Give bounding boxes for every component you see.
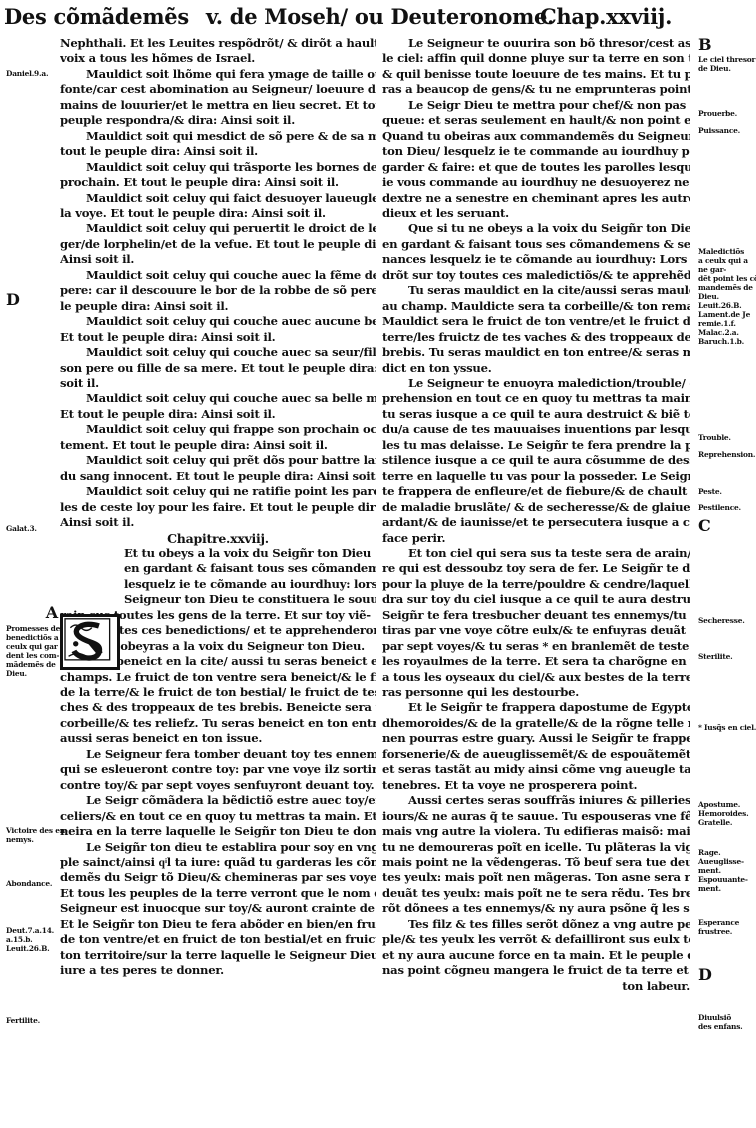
text-line: tiras par vne voye cõtre eulx/& te enfuy…	[382, 623, 690, 638]
margin-note-line: Dieu.	[6, 669, 58, 678]
text-line: ger/de lorphelin/et de la vefue. Et tout…	[60, 237, 376, 252]
text-line: ras a beaucop de gens/& tu ne empruntera…	[382, 82, 690, 97]
margin-note-line: Puissance.	[698, 126, 754, 135]
margin-note-line: A	[6, 604, 58, 622]
margin-note: Deut.7.a.14.a.15.b.Leuit.26.B.	[6, 926, 58, 953]
margin-note-line: Leuit.26.B.	[698, 301, 754, 310]
text-line: contre toy/& par sept voyes senfuyront d…	[60, 778, 376, 793]
text-line: mains de louurier/et le mettra en lieu s…	[60, 98, 376, 113]
margin-note-line: Espouuante-	[698, 875, 754, 884]
margin-note: Le ciel thresorde Dieu.	[698, 55, 754, 73]
margin-note-line: Victoire des en-	[6, 826, 58, 835]
text-line: Mauldict soit celuy qui trãsporte les bo…	[60, 160, 376, 175]
margin-note: Abondance.	[6, 879, 58, 888]
margin-note-line: Secheresse.	[698, 616, 754, 625]
margin-note-line: ne gar-	[698, 265, 754, 274]
text-line: rõt dõnees a tes ennemys/& ny aura psõne…	[382, 901, 690, 916]
text-line: Le Seigr Dieu te mettra pour chef/& non …	[382, 98, 690, 113]
margin-note-line: B	[698, 36, 754, 54]
text-line: Et le Seigñr ton Dieu te fera abõder en …	[60, 917, 376, 932]
margin-note: Trouble.	[698, 433, 754, 442]
text-line: Mauldict soit celuy qui ne ratifie point…	[60, 484, 376, 499]
margin-note: Maledictiõsa ceulx qui ane gar-dẽt point…	[698, 247, 754, 346]
margin-note-line: nemys.	[6, 835, 58, 844]
margin-note-line: Leuit.26.B.	[6, 944, 58, 953]
text-line: Mauldict soit qui mesdict de sõ pere & d…	[60, 129, 376, 144]
margin-note-line: mandemẽs de	[698, 283, 754, 292]
text-line: et seras tastãt au midy ainsi cõme vng a…	[382, 762, 690, 777]
margin-note-line: D	[6, 291, 58, 309]
text-line: au champ. Mauldicte sera ta corbeille/& …	[382, 299, 690, 314]
text-line: Le Seigneur te enuoyra malediction/troub…	[382, 376, 690, 391]
margin-note: Diuulsiõdes enfans.	[698, 1013, 754, 1031]
text-line: queue: et seras seulement en hault/& non…	[382, 113, 690, 128]
margin-note-line: Peste.	[698, 487, 754, 496]
margin-note: Daniel.9.a.	[6, 69, 58, 78]
margin-note-line: Pestilence.	[698, 503, 754, 512]
text-line: ple/& tes yeulx les verrõt & defailliron…	[382, 932, 690, 947]
text-line: en gardant & faisant tous ses cõmandemẽs	[60, 561, 376, 576]
text-line: terre/les fruictz de tes vaches & des tr…	[382, 330, 690, 345]
text-line: ton Dieu/ lesquelz ie te commande au iou…	[382, 144, 690, 159]
margin-note-line: Deut.7.a.14.	[6, 926, 58, 935]
book-page: Des cõmãdemẽs v. de Moseh/ ou Deuteronom…	[0, 0, 756, 1128]
text-line: ple sainct/ainsi qͥl ta iure: quãd tu ga…	[60, 855, 376, 870]
margin-note-line: Daniel.9.a.	[6, 69, 58, 78]
margin-note: Prouerbe.	[698, 109, 754, 118]
text-line: Et tout le peuple dira: Ainsi soit il.	[60, 330, 376, 345]
text-line: demẽs du Seigr tõ Dieu/& chemineras par …	[60, 870, 376, 885]
text-line: face perir.	[382, 531, 690, 546]
text-line: Et tous les peuples de la terre verront …	[60, 886, 376, 901]
text-line: Ainsi soit il.	[60, 252, 376, 267]
margin-note-line: dent les com-	[6, 651, 58, 660]
text-line: Le Seigneur te ouurira son bõ thresor/ce…	[382, 36, 690, 51]
text-line: & quil benisse toute loeuure de tes main…	[382, 67, 690, 82]
header-left: Des cõmãdemẽs	[4, 4, 189, 29]
text-line: corbeille/& tes reliefz. Tu seras beneic…	[60, 716, 376, 731]
margin-note: Secheresse.	[698, 616, 754, 625]
margin-note: Esperancefrustree.	[698, 918, 754, 936]
margin-note-line: Aueuglisse-	[698, 857, 754, 866]
margin-note-line: Promesses de	[6, 624, 58, 633]
text-line: le ciel: affin quil donne pluye sur ta t…	[382, 51, 690, 66]
header-right: Chap.xxviij.	[540, 4, 672, 29]
text-line: ardant/& de iaunisse/et te persecutera i…	[382, 515, 690, 530]
margin-note-line: * Iusq̃s en ciel.	[698, 723, 754, 732]
text-line: ie vous commande au iourdhuy ne desuoyer…	[382, 175, 690, 190]
text-line: tu ne demoureras poĩt en icelle. Tu plãt…	[382, 840, 690, 855]
text-line: les royaulmes de la terre. Et sera ta ch…	[382, 654, 690, 669]
margin-note: Victoire des en-nemys.	[6, 826, 58, 844]
running-header: Des cõmãdemẽs v. de Moseh/ ou Deuteronom…	[0, 4, 756, 34]
text-line: la voye. Et tout le peuple dira: Ainsi s…	[60, 206, 376, 221]
text-line: de la terre/& le fruict de ton bestial/ …	[60, 685, 376, 700]
margin-note: Pestilence.	[698, 503, 754, 512]
margin-note-line: Abondance.	[6, 879, 58, 888]
margin-note-line: Malac.2.a.	[698, 328, 754, 337]
text-line: Le Seigneur fera tomber deuant toy tes e…	[60, 747, 376, 762]
text-line: les de ceste loy pour les faire. Et tout…	[60, 500, 376, 515]
text-line: et ny aura aucune force en ta main. Et l…	[382, 948, 690, 963]
text-line: neira en la terre laquelle le Seigñr ton…	[60, 824, 376, 839]
text-line: Mauldict soit lhõme qui fera ymage de ta…	[60, 67, 376, 82]
text-line: nas point cõgneu mangera le fruict de ta…	[382, 963, 690, 978]
section-letter: B	[698, 36, 754, 54]
text-line: Et le Seigñr te frappera dapostume de Eg…	[382, 700, 690, 715]
margin-note-line: frustree.	[698, 927, 754, 936]
text-line: Ainsi soit il.	[60, 515, 376, 530]
margin-note-line: Baruch.1.b.	[698, 337, 754, 346]
margin-note: Promesses debenedictiõs aceulx qui garde…	[6, 624, 58, 678]
text-line: tement. Et tout le peuple dira: Ainsi so…	[60, 438, 376, 453]
text-line: iure a tes peres te donner.	[60, 963, 376, 978]
text-line: Le Seigr cõmãdera la bẽdictiõ estre auec…	[60, 793, 376, 808]
text-line: Mauldict soit celuy qui frappe son proch…	[60, 422, 376, 437]
text-line: dhemoroides/& de la gratelle/& de la rõg…	[382, 716, 690, 731]
text-line: celiers/& en tout ce en quoy tu mettras …	[60, 809, 376, 824]
text-line: mais point ne la vẽdengeras. Tõ beuf ser…	[382, 855, 690, 870]
text-line: mais vng autre la violera. Tu edifieras …	[382, 824, 690, 839]
text-line: garder & faire: et que de toutes les par…	[382, 160, 690, 175]
margin-note-line: Apostume.	[698, 800, 754, 809]
margin-note-line: Maledictiõs	[698, 247, 754, 256]
text-line: par sept voyes/& tu seras * en branlemẽt…	[382, 639, 690, 654]
text-line: Seigneur est inuocque sur toy/& auront c…	[60, 901, 376, 916]
ornament-icon	[63, 617, 117, 667]
margin-note-line: a ceulx qui a	[698, 256, 754, 265]
text-line: a tous les oyseaux du ciel/& aux bestes …	[382, 670, 690, 685]
text-line: dieux et les seruant.	[382, 206, 690, 221]
margin-note-line: benedictiõs a	[6, 633, 58, 642]
text-line: nances lesquelz ie te cõmande au iourdhu…	[382, 252, 690, 267]
text-line: fonte/car cest abomination au Seigneur/ …	[60, 82, 376, 97]
text-line: tes yeulx: mais poĩt nen mãgeras. Ton as…	[382, 870, 690, 885]
text-line: Le Seigñr ton dieu te establira pour soy…	[60, 840, 376, 855]
margin-note: Puissance.	[698, 126, 754, 135]
text-line: Mauldict soit celuy qui couche auec aucu…	[60, 314, 376, 329]
text-line: voix a tous les hõmes de Israel.	[60, 51, 376, 66]
margin-note-line: Fertilite.	[6, 1016, 58, 1025]
margin-note-line: Galat.3.	[6, 524, 58, 533]
text-line: du/a cause de tes mauuaises inuentions p…	[382, 422, 690, 437]
text-line: aussi seras beneict en ton issue.	[60, 731, 376, 746]
section-letter: D	[698, 966, 754, 984]
margin-note-line: Le ciel thresor	[698, 55, 754, 64]
text-line: son pere ou fille de sa mere. Et tout le…	[60, 361, 376, 376]
margin-note-line: remie.1.f.	[698, 319, 754, 328]
text-line: Nephthali. Et les Leuites respõdrõt/ & d…	[60, 36, 376, 51]
text-line: brebis. Tu seras mauldict en ton entree/…	[382, 345, 690, 360]
left-column: Nephthali. Et les Leuites respõdrõt/ & d…	[60, 36, 376, 979]
margin-note-line: a.15.b.	[6, 935, 58, 944]
margin-note-line: Lament.de Je	[698, 310, 754, 319]
right-column: Le Seigneur te ouurira son bõ thresor/ce…	[382, 36, 690, 994]
margin-note: Apostume.Hemoroides.Gratelle.	[698, 800, 754, 827]
margin-note-line: C	[698, 517, 754, 535]
text-line: lesquelz ie te cõmande au iourdhuy: lors…	[60, 577, 376, 592]
text-line: drõt sur toy toutes ces maledictiõs/& te…	[382, 268, 690, 283]
text-line: Et tout le peuple dira: Ainsi soit il.	[60, 407, 376, 422]
text-line: peuple respondra/& dira: Ainsi soit il.	[60, 113, 376, 128]
text-line: qui se esleueront contre toy: par vne vo…	[60, 762, 376, 777]
text-line: les tu mas delaisse. Le Seigñr te fera p…	[382, 438, 690, 453]
margin-note-line: Dieu.	[698, 292, 754, 301]
margin-note: Reprehension.	[698, 450, 754, 459]
margin-note-line: Trouble.	[698, 433, 754, 442]
margin-note-line: Prouerbe.	[698, 109, 754, 118]
text-line: Mauldict soit celuy qui couche auec la f…	[60, 268, 376, 283]
margin-note: Sterilite.	[698, 652, 754, 661]
text-line: Mauldict soit celuy qui prẽt dõs pour ba…	[60, 453, 376, 468]
decorated-initial-s-icon	[60, 614, 120, 670]
text-line: Mauldict soit celuy qui peruertit le dro…	[60, 221, 376, 236]
text-line: champs. Le fruict de ton ventre sera ben…	[60, 670, 376, 685]
text-line: Et tu obeys a la voix du Seigñr ton Dieu	[60, 546, 376, 561]
margin-note-line: Reprehension.	[698, 450, 754, 459]
margin-note-line: Rage.	[698, 848, 754, 857]
text-line: Mauldict soit celuy qui faict desuoyer l…	[60, 191, 376, 206]
text-line: Que si tu ne obeys a la voix du Seigñr t…	[382, 221, 690, 236]
text-line: prochain. Et tout le peuple dira: Ainsi …	[60, 175, 376, 190]
text-line: Et ton ciel qui sera sus ta teste sera d…	[382, 546, 690, 561]
section-letter: D	[6, 291, 58, 309]
text-line: stilence iusque a ce quil te aura cõsumm…	[382, 453, 690, 468]
margin-note-line: dẽt point les cõ	[698, 274, 754, 283]
margin-note-line: Esperance	[698, 918, 754, 927]
text-line: Mauldict sera le fruict de ton ventre/et…	[382, 314, 690, 329]
text-line: pour la pluye de la terre/pouldre & cend…	[382, 577, 690, 592]
chapter-heading: Chapitre.xxviij.	[60, 531, 376, 546]
margin-note: Peste.	[698, 487, 754, 496]
text-line: ches & des troppeaux de tes brebis. Bene…	[60, 700, 376, 715]
text-line: dra sur toy du ciel iusque a ce quil te …	[382, 592, 690, 607]
text-line: terre en laquelle tu vas pour la possede…	[382, 469, 690, 484]
text-line: ras personne qui les destourbe.	[382, 685, 690, 700]
text-line: iours/& ne auras q̃ te sauue. Tu espouse…	[382, 809, 690, 824]
text-line: du sang innocent. Et tout le peuple dira…	[60, 469, 376, 484]
text-line: tu seras iusque a ce quil te aura destru…	[382, 407, 690, 422]
text-line: en gardant & faisant tous ses cõmandemen…	[382, 237, 690, 252]
text-line: tenebres. Et ta voye ne prosperera point…	[382, 778, 690, 793]
text-line: nen pourras estre guary. Aussi le Seigñr…	[382, 731, 690, 746]
text-line: Aussi certes seras souffrãs iniures & pi…	[382, 793, 690, 808]
text-line: dict en ton yssue.	[382, 361, 690, 376]
margin-note-line: ment.	[698, 866, 754, 875]
text-line: Seigñr te fera tresbucher deuant tes enn…	[382, 608, 690, 623]
text-line: tout le peuple dira: Ainsi soit il.	[60, 144, 376, 159]
text-line: ton labeur.	[382, 979, 690, 994]
margin-note-line: mãdemẽs de	[6, 660, 58, 669]
section-letter: C	[698, 517, 754, 535]
margin-note-line: ment.	[698, 884, 754, 893]
margin-note: * Iusq̃s en ciel.	[698, 723, 754, 732]
header-center: v. de Moseh/ ou Deuteronome.	[206, 4, 554, 29]
text-line: Mauldict soit celuy qui couche auec sa b…	[60, 391, 376, 406]
margin-note: Rage.Aueuglisse-ment.Espouuante-ment.	[698, 848, 754, 893]
text-line: Seigneur ton Dieu te constituera le souu…	[60, 592, 376, 607]
text-line: Quand tu obeiras aux commandemẽs du Seig…	[382, 129, 690, 144]
text-line: de ton ventre/et en fruict de ton bestia…	[60, 932, 376, 947]
margin-note: Galat.3.	[6, 524, 58, 533]
margin-note-line: ceulx qui gar	[6, 642, 58, 651]
margin-note: Fertilite.	[6, 1016, 58, 1025]
text-line: de maladie bruslãte/ & de secheresse/& d…	[382, 500, 690, 515]
margin-note-line: des enfans.	[698, 1022, 754, 1031]
text-line: deuãt tes yeulx: mais poĩt ne te sera rẽ…	[382, 886, 690, 901]
text-line: Tu seras mauldict en la cite/aussi seras…	[382, 283, 690, 298]
margin-note-line: Diuulsiõ	[698, 1013, 754, 1022]
text-line: pere: car il descouure le bor de la robb…	[60, 283, 376, 298]
text-line: soit il.	[60, 376, 376, 391]
text-line: le peuple dira: Ainsi soit il.	[60, 299, 376, 314]
text-line: Mauldict soit celuy qui couche auec sa s…	[60, 345, 376, 360]
text-line: dextre ne a senestre en cheminant apres …	[382, 191, 690, 206]
margin-note-line: de Dieu.	[698, 64, 754, 73]
text-line: Tes filz & tes filles serõt dõnez a vng …	[382, 917, 690, 932]
section-letter: A	[6, 604, 58, 622]
margin-note-line: Sterilite.	[698, 652, 754, 661]
text-line: prehension en tout ce en quoy tu mettras…	[382, 391, 690, 406]
margin-note-line: D	[698, 966, 754, 984]
text-line: forsenerie/& de aueuglissemẽt/& de espou…	[382, 747, 690, 762]
text-line: re qui est dessoubz toy sera de fer. Le …	[382, 561, 690, 576]
margin-note-line: Hemoroides.	[698, 809, 754, 818]
margin-note-line: Gratelle.	[698, 818, 754, 827]
text-line: ton territoire/sur la terre laquelle le …	[60, 948, 376, 963]
text-line: te frappera de enfleure/et de fiebure/& …	[382, 484, 690, 499]
